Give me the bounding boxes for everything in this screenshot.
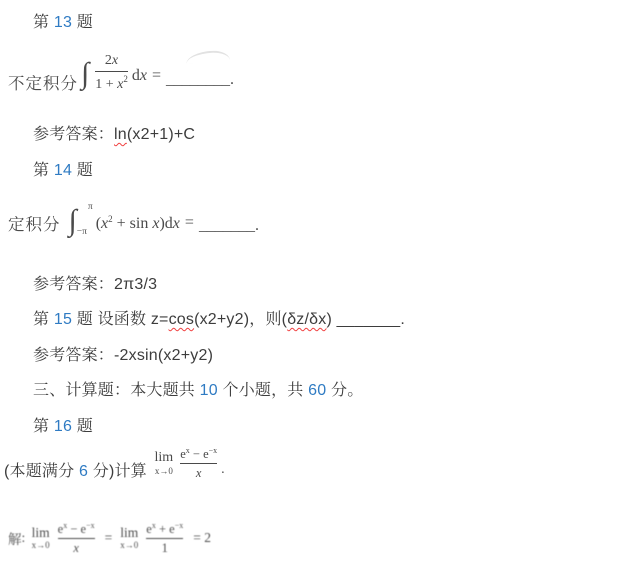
q15-stem-mid: (x2+y2)，则( [194, 311, 287, 328]
lim-subscript: x→0 [155, 467, 173, 476]
q15-heading-pre: 第 [33, 311, 54, 328]
period: . [255, 217, 259, 235]
q13-number: 13 [54, 14, 72, 31]
q13-fraction: 2x 1 + x2 [95, 53, 128, 92]
dx-token: dx [132, 67, 147, 85]
limit-operator: limx→0 [155, 451, 174, 476]
den-pre: 1 + [95, 77, 117, 92]
section3-post: 分。 [326, 382, 363, 399]
lim-word: lim [32, 526, 50, 540]
answer-label: 参考答案： [33, 276, 114, 293]
q13-heading-post: 题 [72, 14, 93, 31]
d: d [132, 67, 140, 84]
solution-colon: : [22, 530, 29, 546]
var-x: x [173, 215, 180, 232]
answer-value-wavy: ln [114, 126, 127, 143]
minus: − [190, 447, 203, 461]
section3-points: 60 [308, 382, 326, 399]
limit-operator: limx→0 [120, 526, 138, 551]
denominator: 1 [162, 541, 168, 555]
q13-fraction-numerator: 2x [105, 53, 118, 69]
plus: + [156, 522, 169, 536]
q16-heading-pre: 第 [33, 418, 54, 435]
fraction-bar [58, 538, 95, 539]
q16-fraction: ex − e−x x [180, 446, 217, 480]
q15-cos-wavy: cos [169, 311, 195, 328]
q15-line: 第 15 题 设函数 z=cos(x2+y2)，则(δz/δx) _______… [33, 306, 405, 329]
answer-label: 参考答案： [33, 126, 114, 143]
q16-points-pre: (本题满分 [4, 463, 79, 480]
q13-stem-label: 不定积分 [8, 70, 78, 94]
section3-pre: 三、计算题：本大题共 [33, 382, 200, 399]
section3-count: 10 [200, 382, 218, 399]
q16-points-post: 分)计算 [88, 463, 151, 480]
period: . [400, 311, 405, 328]
answer-blank: _______ [199, 217, 255, 235]
period: . [221, 462, 225, 478]
d: d [165, 215, 173, 232]
q16-stem-text: (本题满分 6 分)计算 [4, 458, 152, 481]
solution-fraction-1: ex − e−x x [58, 521, 95, 555]
fraction-bar [95, 71, 128, 72]
minus: − [67, 522, 80, 536]
q15-stem-close: ) [326, 311, 336, 328]
equals-sign: = [185, 214, 194, 232]
q16-solution: 解 : limx→0 ex − e−x x = limx→0 ex + e−x … [8, 518, 216, 558]
exponent: −x [175, 521, 184, 530]
numerator: ex − e−x [180, 446, 217, 461]
q16-heading-post: 题 [72, 418, 93, 435]
denominator: x [196, 466, 202, 480]
answer-value: 2π3/3 [114, 276, 157, 293]
fraction-bar [146, 538, 183, 539]
q15-stem-intro: 设函数 z= [93, 311, 169, 328]
lower-limit: −π [77, 228, 87, 238]
integral-sign: ∫ [69, 207, 77, 234]
equals-sign: = [152, 67, 161, 85]
q14-answer: 参考答案：2π3/3 [33, 271, 157, 294]
answer-blank: ________ [166, 71, 230, 89]
q14-number: 14 [54, 162, 72, 179]
result: = 2 [193, 530, 211, 546]
upper-limit: π [88, 203, 93, 213]
answer-label: 参考答案： [33, 347, 114, 364]
exponent: −x [209, 446, 218, 455]
q15-number: 15 [54, 311, 72, 328]
answer-value: (x2+1)+C [127, 126, 195, 143]
q15-answer: 参考答案：-2xsin(x2+y2) [33, 342, 213, 365]
q14-heading-post: 题 [72, 162, 93, 179]
q15-partial-wavy: δz/δx [287, 311, 326, 328]
coef: 2 [105, 53, 112, 68]
q13-fraction-denominator: 1 + x2 [95, 74, 128, 93]
q14-stem-label: 定积分 [8, 211, 61, 235]
q13-heading-pre: 第 [33, 14, 54, 31]
exponent: 2 [123, 74, 128, 84]
q13-answer: 参考答案：ln(x2+1)+C [33, 121, 195, 144]
section3-mid: 个小题，共 [218, 382, 308, 399]
lim-subscript: x→0 [120, 541, 138, 550]
q14-formula: 定积分 ∫ π−π (x2 + sin x)dx = _______ . [8, 198, 259, 242]
q16-limit-formula: limx→0 ex − e−x x . [152, 446, 225, 480]
lim-word: lim [155, 451, 174, 465]
fraction-bar [180, 463, 217, 464]
limit-operator: limx→0 [32, 526, 50, 551]
answer-blank: _______ [337, 311, 401, 328]
integral-sign: ∫ [81, 60, 89, 87]
var-x: x [112, 53, 118, 68]
q16-number: 16 [54, 418, 72, 435]
numerator: ex − e−x [58, 521, 95, 536]
q16-stem: (本题满分 6 分)计算 limx→0 ex − e−x x . [4, 443, 225, 483]
q15-heading-post: 题 [72, 311, 93, 328]
denominator: x [73, 541, 79, 555]
q16-heading: 第 16 题 [33, 413, 93, 436]
section3-header: 三、计算题：本大题共 10 个小题，共 60 分。 [33, 377, 363, 400]
q13-heading: 第 13 题 [33, 9, 93, 32]
integral-limits: π−π [77, 203, 93, 237]
equals-sign: = [105, 530, 113, 546]
period: . [230, 71, 234, 89]
numerator: ex + e−x [146, 521, 183, 536]
solution-fraction-2: ex + e−x 1 [146, 521, 183, 555]
q14-heading: 第 14 题 [33, 157, 93, 180]
q16-points: 6 [79, 463, 88, 480]
lim-subscript: x→0 [32, 541, 50, 550]
lim-word: lim [120, 526, 138, 540]
plus-sin: + sin [113, 215, 153, 232]
exponent: −x [86, 521, 95, 530]
q14-heading-pre: 第 [33, 162, 54, 179]
solution-label: 解 [8, 528, 22, 548]
q14-integrand: (x2 + sin x)dx [96, 214, 180, 233]
var-x: x [140, 67, 147, 84]
exam-document: 第 13 题 不定积分 ∫ 2x 1 + x2 dx = ________ . … [0, 0, 631, 576]
answer-value: -2xsin(x2+y2) [114, 347, 213, 364]
